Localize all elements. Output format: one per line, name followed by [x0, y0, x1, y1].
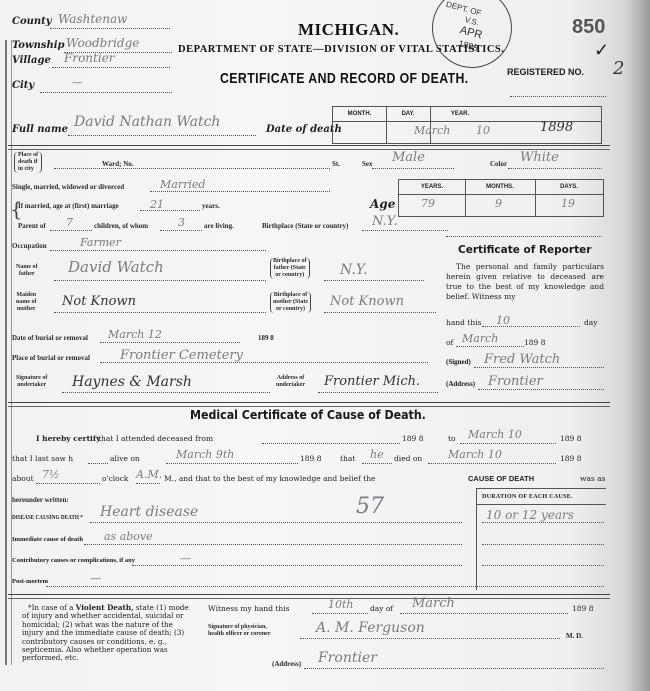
- reporter-of-value: March: [462, 332, 498, 345]
- disease-value: Heart disease: [100, 504, 198, 520]
- file-number: 850: [572, 16, 605, 39]
- place-of-death-label: Place of death if in city: [14, 152, 42, 173]
- immediate-line: [84, 544, 462, 545]
- check-mark-icon: ✓: [594, 40, 609, 61]
- footer-divider: [8, 594, 610, 599]
- mother-birthplace-label: Birthplace of mother (State or country): [270, 292, 311, 313]
- mother-birthplace-line: [324, 312, 436, 313]
- mother-name-value: Not Known: [62, 294, 136, 309]
- children-prefix: Parent of: [18, 222, 46, 230]
- month-header: MONTH.: [333, 111, 386, 117]
- color-label: Color: [490, 160, 507, 168]
- reporter-of-year: 189 8: [524, 338, 545, 348]
- ward-label: Ward; No.: [102, 160, 134, 168]
- physician-month-line: [400, 613, 568, 614]
- undertaker-sig-label: Signature of undertaker: [16, 375, 47, 389]
- sex-label: Sex: [362, 160, 373, 168]
- reporter-address-label: (Address): [446, 380, 475, 388]
- death-day-value: 10: [476, 124, 490, 137]
- children-living-value: 3: [178, 216, 185, 229]
- county-value: Washtenaw: [58, 12, 127, 26]
- occupation-line: [50, 250, 266, 251]
- duration-line-3: [482, 565, 604, 566]
- full-name-value: David Nathan Watch: [74, 114, 220, 130]
- md-label: M. D.: [566, 632, 583, 640]
- postmortem-line: [46, 586, 604, 587]
- physician-year: 189 8: [572, 604, 593, 614]
- registered-line: [510, 96, 606, 97]
- last-saw-year: 189 8: [300, 454, 321, 464]
- months-header: MONTHS.: [465, 184, 535, 190]
- color-value: White: [520, 150, 559, 165]
- father-birthplace-line: [324, 280, 424, 281]
- place-of-death-line: [54, 168, 330, 169]
- died-on-line: [428, 463, 556, 464]
- physician-address-line: [304, 668, 604, 669]
- street-label: St.: [332, 160, 340, 168]
- ampm-value: A.M.: [136, 468, 162, 481]
- color-line: [508, 168, 602, 169]
- attended-to-year: 189 8: [560, 434, 581, 444]
- attended-to-line: [460, 443, 556, 444]
- father-birthplace-label: Birthplace of father (State or country): [270, 258, 310, 279]
- reporter-signed-line: [474, 367, 604, 368]
- undertaker-addr-label: Address of undertaker: [276, 375, 305, 389]
- county-line: [50, 28, 170, 29]
- immediate-label: Immediate cause of death: [12, 536, 83, 543]
- medical-divider: [8, 402, 610, 407]
- day-header: DAY.: [386, 111, 430, 117]
- death-month-value: March: [414, 124, 450, 137]
- physician-sig-label: Signature of physician, health officer o…: [208, 624, 270, 638]
- violent-death-footnote: *In case of a Violent Death, state (1) m…: [22, 604, 192, 663]
- age-days-value: 19: [561, 197, 575, 210]
- marriage-age-line: [140, 210, 200, 211]
- reporter-of-line: [456, 346, 524, 347]
- postmortem-value: —: [90, 572, 101, 585]
- state-heading: MICHIGAN.: [298, 20, 399, 40]
- left-border-rule: [5, 40, 12, 665]
- contributory-value: —: [180, 552, 191, 565]
- about-line: [36, 483, 100, 484]
- city-line: [40, 92, 172, 93]
- age-months-value: 9: [495, 197, 502, 210]
- reporter-signed-value: Fred Watch: [484, 352, 560, 367]
- physician-day-value: 10th: [328, 598, 354, 611]
- date-of-death-label: Date of death: [266, 124, 342, 135]
- physician-day-line: [312, 613, 368, 614]
- duration-header: DURATION OF EACH CAUSE.: [482, 494, 573, 500]
- disease-label: DISEASE CAUSING DEATH *: [12, 514, 83, 521]
- stamp-dept: DEPT. OF: [445, 0, 482, 18]
- occupation-value: Farmer: [80, 236, 121, 249]
- undertaker-addr-line: [318, 392, 438, 393]
- attended-to-label: to: [448, 434, 456, 444]
- ampm-line: [136, 483, 160, 484]
- mother-birthplace-value: Not Known: [330, 294, 404, 309]
- certify-text: that I attended deceased from: [98, 434, 213, 444]
- village-value: Frontier: [64, 51, 115, 65]
- about-label: about: [12, 474, 34, 484]
- burial-date-line: [100, 342, 240, 343]
- medical-title: Medical Certificate of Cause of Death.: [190, 408, 426, 422]
- reporter-hand-label: hand this: [446, 318, 481, 328]
- belief-text: M., and that to the best of my knowledge…: [164, 474, 375, 484]
- contributory-line: [132, 565, 462, 566]
- father-name-label: Name of father: [16, 264, 38, 278]
- duration-line-2: [482, 544, 604, 545]
- children-middle: children, of whom: [94, 222, 148, 230]
- certificate-title: CERTIFICATE AND RECORD OF DEATH.: [220, 70, 469, 87]
- reporter-hand-value: 10: [496, 314, 510, 327]
- undertaker-signature: Haynes & Marsh: [72, 374, 192, 390]
- age-table: YEARS. MONTHS. DAYS. 79 9 19: [398, 179, 604, 217]
- marital-line: [150, 191, 330, 192]
- children-living-line: [160, 230, 202, 231]
- hereunder-label: hereunder written:: [12, 496, 69, 504]
- county-label: County: [12, 16, 52, 27]
- sex-line: [372, 168, 454, 169]
- pronoun-value: he: [370, 448, 384, 461]
- undertaker-sig-line: [62, 392, 270, 393]
- village-label: Village: [12, 55, 51, 66]
- attended-from-year: 189 8: [402, 434, 423, 444]
- burial-place-label: Place of burial or removal: [12, 354, 90, 362]
- immediate-value: as above: [104, 530, 153, 543]
- physician-address-label: (Address): [272, 660, 301, 668]
- last-saw-date-line: [166, 463, 298, 464]
- undertaker-address: Frontier Mich.: [324, 374, 420, 389]
- last-saw-pronoun-line: [88, 463, 108, 464]
- oclock-label: o'clock: [102, 474, 128, 484]
- city-label: City: [12, 80, 34, 91]
- mother-name-line: [54, 312, 266, 313]
- registered-number: 2: [613, 58, 624, 79]
- village-line: [52, 67, 170, 68]
- died-on-label: died on: [394, 454, 422, 464]
- occupation-label: Occupation: [12, 242, 47, 250]
- physician-day-of-label: day of: [370, 604, 393, 614]
- sex-value: Male: [392, 150, 425, 165]
- reporter-of-label: of: [446, 338, 453, 348]
- contributory-label: Contributory causes or complications, if…: [12, 557, 135, 564]
- age-years-value: 79: [421, 197, 435, 210]
- full-name-label: Full name: [12, 124, 68, 135]
- reporter-top-line: [446, 236, 602, 237]
- received-date-stamp: DEPT. OF V.S. APR 1898: [423, 0, 521, 77]
- disease-duration: 10 or 12 years: [486, 508, 574, 522]
- years-header: YEARS.: [399, 184, 465, 190]
- death-year-value: 1898: [540, 120, 573, 135]
- postmortem-label: Post-mortem: [12, 578, 48, 585]
- marital-label: Single, married, widowed or divorced: [12, 183, 124, 191]
- last-saw-mid: alive on: [110, 454, 140, 464]
- reporter-signed-label: (Signed): [446, 358, 471, 366]
- marital-value: Married: [160, 178, 205, 191]
- marriage-years-suffix: years.: [202, 202, 220, 210]
- children-suffix: are living.: [204, 222, 234, 230]
- township-label: Township: [12, 40, 65, 51]
- children-total-value: 7: [66, 216, 73, 229]
- physician-month-value: March: [412, 596, 455, 611]
- reporter-day-label: day: [584, 318, 598, 328]
- disease-line: [90, 522, 462, 523]
- certify-bold: I hereby certify: [36, 434, 100, 444]
- attended-from-line: [262, 443, 400, 444]
- about-value: 7½: [42, 468, 60, 481]
- burial-date-label: Date of burial or removal: [12, 334, 88, 342]
- duration-line-1: [482, 522, 604, 523]
- footnote-text: state (1) mode of injury and whether acc…: [22, 603, 189, 662]
- marriage-age-value: 21: [150, 198, 164, 211]
- full-name-line: [68, 135, 256, 136]
- burial-place-value: Frontier Cemetery: [120, 348, 243, 363]
- physician-witness-label: Witness my hand this: [208, 604, 289, 614]
- code-mark: 57: [356, 494, 384, 519]
- burial-date-value: March 12: [108, 328, 162, 341]
- was-as: was as: [580, 474, 605, 484]
- died-year: 189 8: [560, 454, 581, 464]
- father-birthplace-value: N.Y.: [340, 262, 368, 278]
- reporter-address-value: Frontier: [488, 374, 543, 389]
- reporter-address-line: [478, 389, 604, 390]
- last-saw-value: March 9th: [176, 448, 234, 461]
- that-label: that: [340, 454, 355, 464]
- children-total-line: [50, 230, 92, 231]
- days-header: DAYS.: [535, 184, 603, 190]
- physician-signature: A. M. Ferguson: [316, 620, 425, 636]
- reporter-text: The personal and family particulars here…: [446, 262, 604, 302]
- physician-address-value: Frontier: [318, 650, 377, 666]
- father-name-value: David Watch: [68, 258, 164, 276]
- reporter-title: Certificate of Reporter: [458, 244, 591, 256]
- age-label: Age: [370, 197, 395, 211]
- city-value: —: [72, 76, 83, 89]
- birthplace-label: Birthplace (State or country): [262, 222, 348, 230]
- duration-top-rule: [476, 488, 606, 489]
- duration-header-rule: [476, 504, 606, 505]
- last-saw-label: that I last saw h: [12, 454, 73, 464]
- burial-year: 189 8: [258, 334, 274, 342]
- birthplace-value: N.Y.: [372, 214, 398, 229]
- attended-to-value: March 10: [468, 428, 522, 441]
- township-value: Woodbridge: [66, 36, 139, 50]
- died-on-value: March 10: [448, 448, 502, 461]
- pronoun-line: [362, 463, 392, 464]
- physician-sig-line: [300, 638, 560, 639]
- year-header: YEAR.: [430, 111, 490, 117]
- registered-label: REGISTERED NO.: [507, 67, 584, 77]
- cause-of-death-bold: CAUSE OF DEATH: [468, 474, 534, 484]
- birthplace-line: [362, 230, 448, 231]
- death-certificate-page: County Washtenaw Township Woodbridge Vil…: [0, 0, 650, 691]
- mother-name-label: Maiden name of mother: [16, 292, 37, 313]
- marriage-age-label: If married, age at (first) marriage: [18, 202, 119, 210]
- father-name-line: [54, 280, 266, 281]
